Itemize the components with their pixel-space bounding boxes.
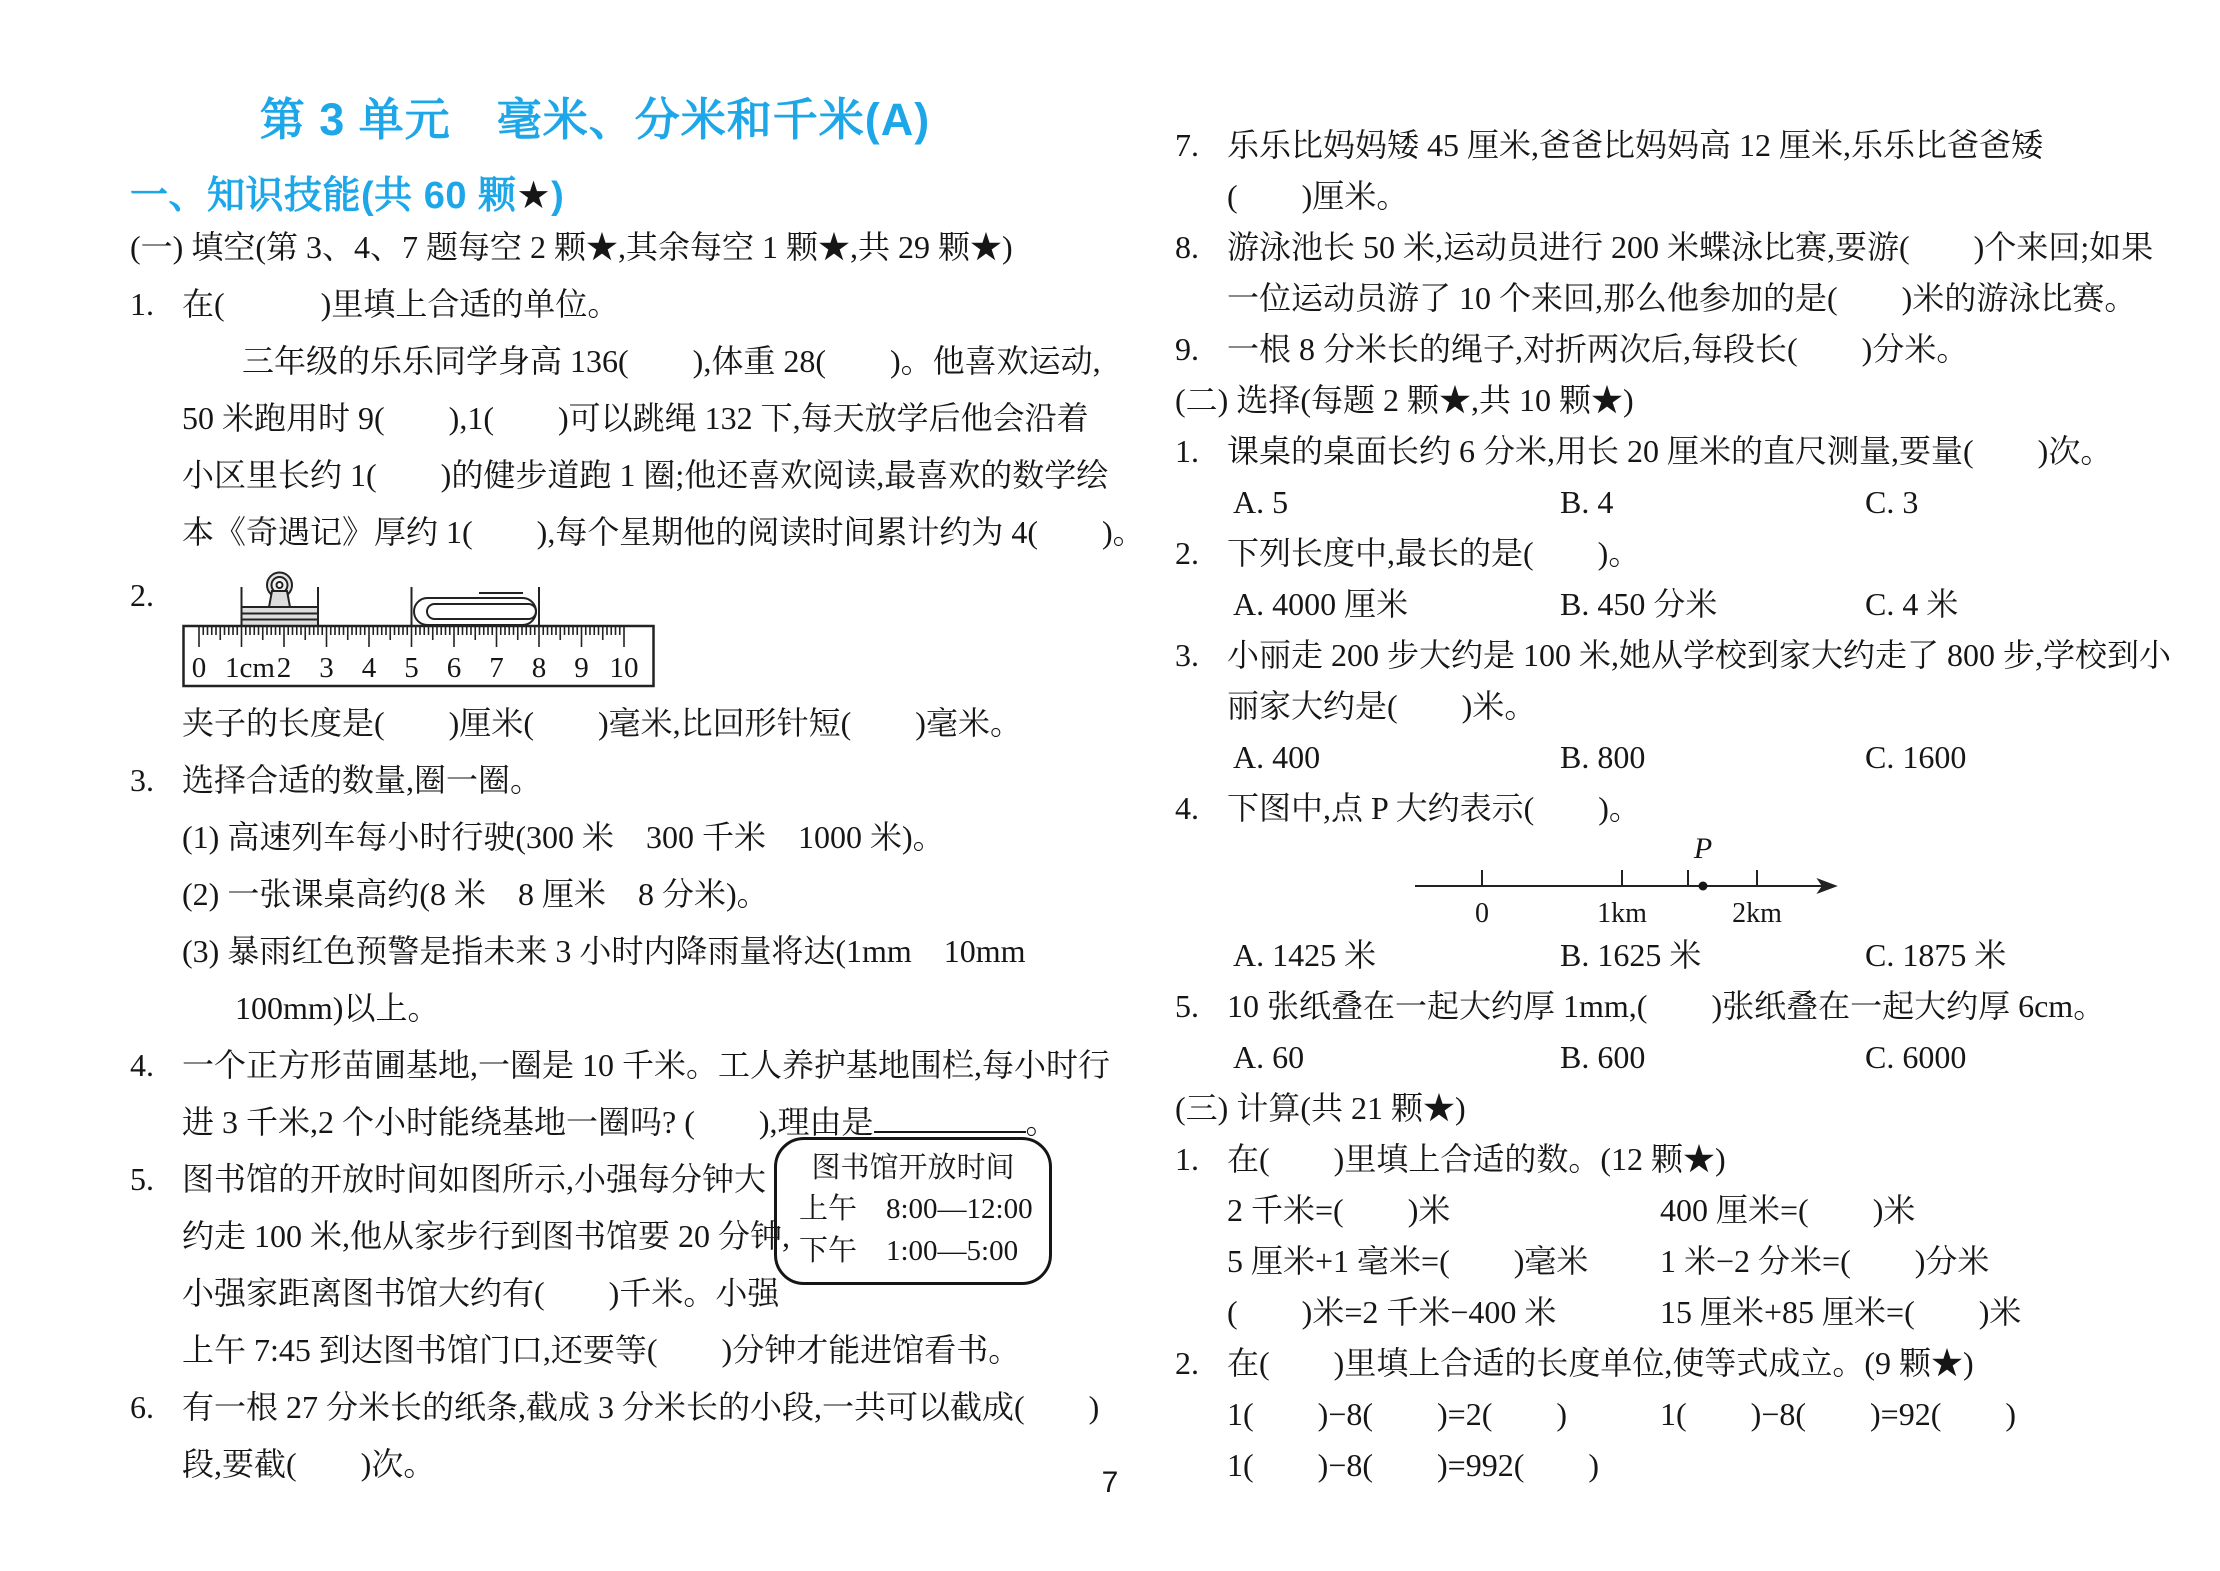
calc1-line: 1.在( )里填上合适的数。(12 颗★) <box>1175 1134 2110 1185</box>
c1-option-c: C. 3 <box>1865 477 2110 528</box>
q2-figure-row: 2. <box>130 567 1060 695</box>
library-hours-afternoon: 下午 1:00—5:00 <box>777 1230 1049 1272</box>
c4-text: 下图中,点 P 大约表示( )。 <box>1227 790 1641 826</box>
ruler-body: 0 1cm 2 3 4 5 6 7 8 9 10 <box>184 626 654 686</box>
q9-number: 9. <box>1175 324 1227 375</box>
calc1-cell: 2 千米=( )米 <box>1227 1185 1660 1236</box>
q5-block: 5.图书馆的开放时间如图所示,小强每分钟大 约走 100 米,他从家步行到图书馆… <box>130 1151 1060 1379</box>
c2-options: A. 4000 厘米 B. 450 分米 C. 4 米 <box>1175 579 2110 630</box>
c5-line: 5.10 张纸叠在一起大约厚 1mm,( )张纸叠在一起大约厚 6cm。 <box>1175 981 2110 1032</box>
right-column: 7.乐乐比妈妈矮 45 厘米,爸爸比妈妈高 12 厘米,乐乐比爸爸矮 ( )厘米… <box>1175 0 2110 1491</box>
q4-answer-blank <box>874 1095 1026 1133</box>
q3-number: 3. <box>130 752 182 809</box>
q4-text-2: 进 3 千米,2 个小时能绕基地一圈吗? ( ),理由是 <box>182 1104 874 1140</box>
c3-line-2: 丽家大约是( )米。 <box>1175 681 2110 732</box>
c1-text: 课桌的桌面长约 6 分米,用长 20 厘米的直尺测量,要量( )次。 <box>1227 433 2112 469</box>
ruler-label: 6 <box>447 652 462 684</box>
point-p-dot <box>1699 882 1708 891</box>
calc1-cell: ( )米=2 千米−400 米 <box>1227 1287 1660 1338</box>
q3-line: 3.选择合适的数量,圈一圈。 <box>130 752 1060 809</box>
point-p-label: P <box>1693 834 1712 865</box>
calc2-line: 2.在( )里填上合适的长度单位,使等式成立。(9 颗★) <box>1175 1338 2110 1389</box>
q1-paragraph-4: 本《奇遇记》厚约 1( ),每个星期他的阅读时间累计约为 4( )。 <box>130 504 1060 561</box>
ruler-label: 1cm <box>225 652 275 684</box>
c5-option-b: B. 600 <box>1560 1032 1865 1083</box>
c2-option-a: A. 4000 厘米 <box>1233 579 1560 630</box>
numline-tick-0: 0 <box>1475 898 1489 929</box>
c3-number: 3. <box>1175 630 1227 681</box>
q7-line-2: ( )厘米。 <box>1175 171 2110 222</box>
library-hours-title: 图书馆开放时间 <box>777 1148 1049 1188</box>
q4-text-1: 一个正方形苗圃基地,一圈是 10 千米。工人养护基地围栏,每小时行 <box>182 1047 1110 1083</box>
section-heading-close: ) <box>551 175 564 217</box>
q6-text-1: 有一根 27 分米长的纸条,截成 3 分米长的小段,一共可以截成( ) <box>182 1389 1099 1425</box>
section-heading-text: 一、知识技能(共 60 颗 <box>130 175 517 217</box>
unit-title: 第 3 单元 毫米、分米和千米(A) <box>130 83 1060 148</box>
ruler-label: 3 <box>319 652 334 684</box>
q5-text-1: 图书馆的开放时间如图所示,小强每分钟大 <box>182 1161 766 1197</box>
c5-option-c: C. 6000 <box>1865 1032 2110 1083</box>
calc2-number: 2. <box>1175 1338 1227 1389</box>
c4-options: A. 1425 米 B. 1625 米 C. 1875 米 <box>1175 930 2110 981</box>
q3-item-2: (2) 一张课桌高约(8 米 8 厘米 8 分米)。 <box>130 866 1060 923</box>
c1-line: 1.课桌的桌面长约 6 分米,用长 20 厘米的直尺测量,要量( )次。 <box>1175 426 2110 477</box>
q8-line-2: 一位运动员游了 10 个来回,那么他参加的是( )米的游泳比赛。 <box>1175 273 2110 324</box>
calc1-cell: 400 厘米=( )米 <box>1660 1185 2110 1236</box>
calc2-text: 在( )里填上合适的长度单位,使等式成立。(9 颗★) <box>1227 1345 1974 1381</box>
binder-clip-icon <box>242 573 319 627</box>
worksheet-page: 第 3 单元 毫米、分米和千米(A) 一、知识技能(共 60 颗★) (一) 填… <box>0 0 2220 1571</box>
q1-paragraph-2: 50 米跑用时 9( ),1( )可以跳绳 132 下,每天放学后他会沿着 <box>130 390 1060 447</box>
c4-option-a: A. 1425 米 <box>1233 930 1560 981</box>
left-column: 第 3 单元 毫米、分米和千米(A) 一、知识技能(共 60 颗★) (一) 填… <box>130 0 1060 1493</box>
c2-text: 下列长度中,最长的是( )。 <box>1227 535 1640 571</box>
q5-line-4: 上午 7:45 到达图书馆门口,还要等( )分钟才能进馆看书。 <box>130 1322 1060 1379</box>
calc1-cell: 1 米−2 分米=( )分米 <box>1660 1236 2110 1287</box>
q8-number: 8. <box>1175 222 1227 273</box>
library-hours-box: 图书馆开放时间 上午 8:00—12:00 下午 1:00—5:00 <box>774 1137 1052 1285</box>
numline-tick-1km: 1km <box>1597 898 1647 929</box>
q4-number: 4. <box>130 1037 182 1094</box>
subsection-calc-heading: (三) 计算(共 21 颗★) <box>1175 1083 2110 1134</box>
q4-line-1: 4.一个正方形苗圃基地,一圈是 10 千米。工人养护基地围栏,每小时行 <box>130 1037 1060 1094</box>
q9-text: 一根 8 分米长的绳子,对折两次后,每段长( )分米。 <box>1227 331 1968 367</box>
calc1-row-1: 2 千米=( )米 400 厘米=( )米 <box>1175 1185 2110 1236</box>
ruler-label: 4 <box>362 652 377 684</box>
calc2-cell: 1( )−8( )=2( ) <box>1227 1389 1660 1440</box>
c1-options: A. 5 B. 4 C. 3 <box>1175 477 2110 528</box>
c1-option-b: B. 4 <box>1560 477 1865 528</box>
q8-text-1: 游泳池长 50 米,运动员进行 200 米蝶泳比赛,要游( )个来回;如果 <box>1227 229 2153 265</box>
q7-text-1: 乐乐比妈妈矮 45 厘米,爸爸比妈妈高 12 厘米,乐乐比爸爸矮 <box>1227 127 2043 163</box>
c4-option-b: B. 1625 米 <box>1560 930 1865 981</box>
q6-line-1: 6.有一根 27 分米长的纸条,截成 3 分米长的小段,一共可以截成( ) <box>130 1379 1060 1436</box>
q1-text: 在( )里填上合适的单位。 <box>182 286 619 322</box>
page-number: 7 <box>0 1466 2220 1500</box>
ruler-label: 10 <box>610 652 639 684</box>
numline-tick-2km: 2km <box>1732 898 1782 929</box>
q3-item-3-cont: 100mm)以上。 <box>130 980 1060 1037</box>
c1-option-a: A. 5 <box>1233 477 1560 528</box>
ruler-label: 8 <box>532 652 547 684</box>
q2-caption: 夹子的长度是( )厘米( )毫米,比回形针短( )毫米。 <box>130 695 1060 752</box>
q1-line: 1.在( )里填上合适的单位。 <box>130 276 1060 333</box>
c2-option-b: B. 450 分米 <box>1560 579 1865 630</box>
ruler-label: 0 <box>192 652 207 684</box>
q7-line-1: 7.乐乐比妈妈矮 45 厘米,爸爸比妈妈高 12 厘米,乐乐比爸爸矮 <box>1175 120 2110 171</box>
c2-option-c: C. 4 米 <box>1865 579 2110 630</box>
c5-options: A. 60 B. 600 C. 6000 <box>1175 1032 2110 1083</box>
q5-number: 5. <box>130 1151 182 1208</box>
q6-number: 6. <box>130 1379 182 1436</box>
q8-line-1: 8.游泳池长 50 米,运动员进行 200 米蝶泳比赛,要游( )个来回;如果 <box>1175 222 2110 273</box>
c4-option-c: C. 1875 米 <box>1865 930 2110 981</box>
calc1-number: 1. <box>1175 1134 1227 1185</box>
calc1-cell: 15 厘米+85 厘米=( )米 <box>1660 1287 2110 1338</box>
calc1-row-3: ( )米=2 千米−400 米 15 厘米+85 厘米=( )米 <box>1175 1287 2110 1338</box>
calc1-row-2: 5 厘米+1 毫米=( )毫米 1 米−2 分米=( )分米 <box>1175 1236 2110 1287</box>
c4-number: 4. <box>1175 783 1227 834</box>
section-heading-knowledge: 一、知识技能(共 60 颗★) <box>130 164 1060 219</box>
ruler-label: 9 <box>574 652 589 684</box>
q3-item-1: (1) 高速列车每小时行驶(300 米 300 千米 1000 米)。 <box>130 809 1060 866</box>
calc1-cell: 5 厘米+1 毫米=( )毫米 <box>1227 1236 1660 1287</box>
c3-option-b: B. 800 <box>1560 732 1865 783</box>
c3-option-a: A. 400 <box>1233 732 1560 783</box>
q9-line: 9.一根 8 分米长的绳子,对折两次后,每段长( )分米。 <box>1175 324 2110 375</box>
c5-number: 5. <box>1175 981 1227 1032</box>
q4-text-2-end: 。 <box>1026 1104 1058 1140</box>
c3-options: A. 400 B. 800 C. 1600 <box>1175 732 2110 783</box>
ruler-label: 7 <box>489 652 504 684</box>
subsection-choice-heading: (二) 选择(每题 2 颗★,共 10 颗★) <box>1175 375 2110 426</box>
c5-text: 10 张纸叠在一起大约厚 1mm,( )张纸叠在一起大约厚 6cm。 <box>1227 988 2105 1024</box>
calc1-text: 在( )里填上合适的数。(12 颗★) <box>1227 1141 1726 1177</box>
ruler-figure: 0 1cm 2 3 4 5 6 7 8 9 10 <box>182 569 657 695</box>
q3-text: 选择合适的数量,圈一圈。 <box>182 762 542 798</box>
c3-text-1: 小丽走 200 步大约是 100 米,她从学校到家大约走了 800 步,学校到小 <box>1227 637 2171 673</box>
c1-number: 1. <box>1175 426 1227 477</box>
q3-item-3: (3) 暴雨红色预警是指未来 3 小时内降雨量将达(1mm 10mm <box>130 923 1060 980</box>
q1-paragraph-3: 小区里长约 1( )的健步道跑 1 圈;他还喜欢阅读,最喜欢的数学绘 <box>130 447 1060 504</box>
c4-line: 4.下图中,点 P 大约表示( )。 <box>1175 783 2110 834</box>
calc2-cell: 1( )−8( )=92( ) <box>1660 1389 2110 1440</box>
number-line-figure: P 0 1km 2km <box>1407 834 2110 930</box>
ruler-label: 5 <box>404 652 419 684</box>
c2-line: 2.下列长度中,最长的是( )。 <box>1175 528 2110 579</box>
ruler-label: 2 <box>277 652 292 684</box>
paper-clip-icon <box>412 587 540 626</box>
q7-number: 7. <box>1175 120 1227 171</box>
c3-line-1: 3.小丽走 200 步大约是 100 米,她从学校到家大约走了 800 步,学校… <box>1175 630 2110 681</box>
c2-number: 2. <box>1175 528 1227 579</box>
q1-number: 1. <box>130 276 182 333</box>
library-hours-morning: 上午 8:00—12:00 <box>777 1188 1049 1230</box>
star-icon: ★ <box>517 175 552 217</box>
subsection-fill-heading: (一) 填空(第 3、4、7 题每空 2 颗★,其余每空 1 颗★,共 29 颗… <box>130 219 1060 276</box>
q1-paragraph-1: 三年级的乐乐同学身高 136( ),体重 28( )。他喜欢运动, <box>130 333 1060 390</box>
c3-option-c: C. 1600 <box>1865 732 2110 783</box>
calc2-row-1: 1( )−8( )=2( ) 1( )−8( )=92( ) <box>1175 1389 2110 1440</box>
c5-option-a: A. 60 <box>1233 1032 1560 1083</box>
q2-number: 2. <box>130 567 182 695</box>
